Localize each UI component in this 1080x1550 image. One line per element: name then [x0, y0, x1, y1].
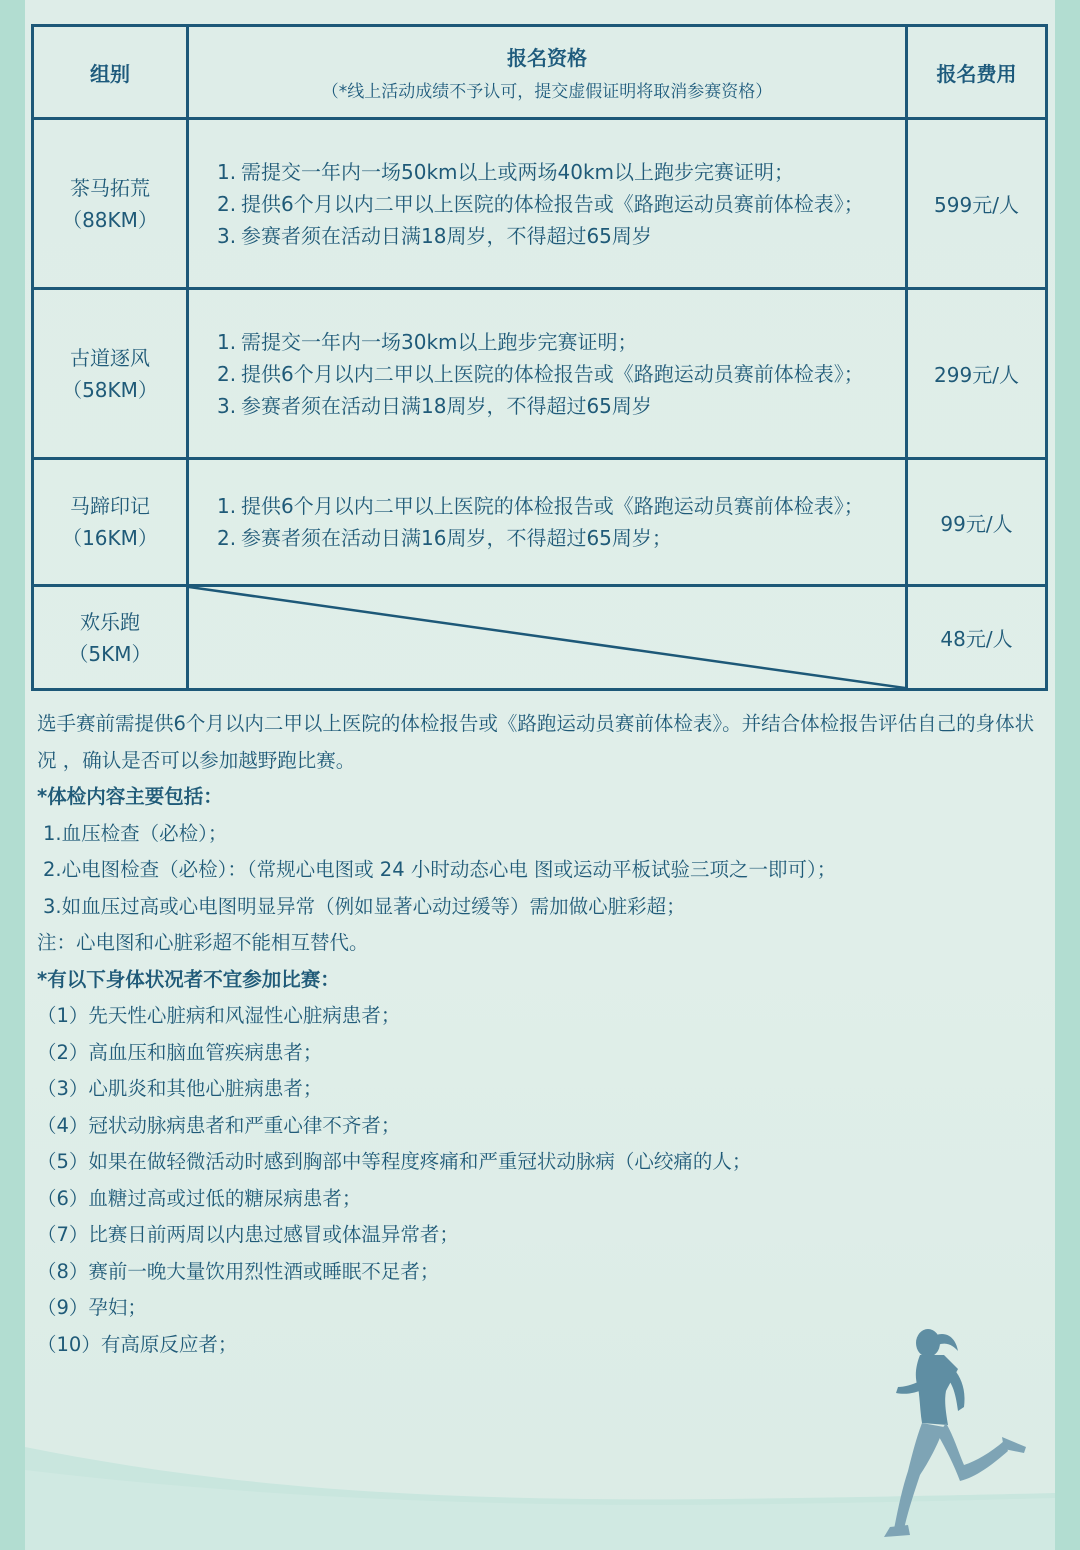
requirements-cell-empty [188, 586, 907, 690]
requirement-item: 3.参赛者须在活动日满18周岁，不得超过65周岁 [217, 390, 905, 422]
requirement-item: 2.提供6个月以内二甲以上医院的体检报告或《路跑运动员赛前体检表》； [217, 358, 905, 390]
group-distance: （58KM） [34, 374, 186, 406]
registration-table: 组别 报名资格 （*线上活动成绩不予认可，提交虚假证明将取消参赛资格） 报名费用… [31, 24, 1048, 691]
requirement-item: 2.提供6个月以内二甲以上医院的体检报告或《路跑运动员赛前体检表》； [217, 188, 905, 220]
group-distance: （5KM） [34, 638, 186, 670]
requirement-item: 1.需提交一年内一场30km以上跑步完赛证明； [217, 326, 905, 358]
table-row: 古道逐风 （58KM） 1.需提交一年内一场30km以上跑步完赛证明； 2.提供… [33, 289, 1047, 459]
group-cell: 马蹄印记 （16KM） [33, 459, 188, 586]
table-row: 马蹄印记 （16KM） 1.提供6个月以内二甲以上医院的体检报告或《路跑运动员赛… [33, 459, 1047, 586]
exam-item: 2.心电图检查（必检）：（常规心电图或 24 小时动态心电 图或运动平板试验三项… [37, 852, 1047, 889]
group-distance: （88KM） [34, 204, 186, 236]
exam-title: *体检内容主要包括： [37, 779, 1047, 816]
table-header-row: 组别 报名资格 （*线上活动成绩不予认可，提交虚假证明将取消参赛资格） 报名费用 [33, 26, 1047, 119]
header-fee: 报名费用 [907, 26, 1047, 119]
notes-intro: 选手赛前需提供6个月以内二甲以上医院的体检报告或《路跑运动员赛前体检表》。并结合… [37, 706, 1047, 779]
group-name: 茶马拓荒 [34, 172, 186, 204]
unfit-item: （6）血糖过高或过低的糖尿病患者； [37, 1181, 1047, 1218]
header-requirements-title: 报名资格 [507, 46, 587, 70]
requirements-cell: 1.提供6个月以内二甲以上医院的体检报告或《路跑运动员赛前体检表》； 2.参赛者… [188, 459, 907, 586]
exam-note: 注：心电图和心脏彩超不能相互替代。 [37, 925, 1047, 962]
requirement-item: 3.参赛者须在活动日满18周岁，不得超过65周岁 [217, 220, 905, 252]
runner-silhouette-icon [858, 1325, 1038, 1545]
group-distance: （16KM） [34, 522, 186, 554]
requirement-item: 2.参赛者须在活动日满16周岁，不得超过65周岁； [217, 522, 905, 554]
group-cell: 欢乐跑 （5KM） [33, 586, 188, 690]
unfit-item: （4）冠状动脉病患者和严重心律不齐者； [37, 1108, 1047, 1145]
exam-item: 3.如血压过高或心电图明显异常（例如显著心动过缓等）需加做心脏彩超； [37, 889, 1047, 926]
requirement-item: 1.提供6个月以内二甲以上医院的体检报告或《路跑运动员赛前体检表》； [217, 490, 905, 522]
unfit-item: （2）高血压和脑血管疾病患者； [37, 1035, 1047, 1072]
header-group: 组别 [33, 26, 188, 119]
group-cell: 古道逐风 （58KM） [33, 289, 188, 459]
diagonal-line-icon [189, 587, 905, 688]
unfit-item: （9）孕妇； [37, 1290, 1047, 1327]
notes-section: 选手赛前需提供6个月以内二甲以上医院的体检报告或《路跑运动员赛前体检表》。并结合… [37, 706, 1047, 1363]
table-row: 茶马拓荒 （88KM） 1.需提交一年内一场50km以上或两场40km以上跑步完… [33, 119, 1047, 289]
unfit-item: （8）赛前一晚大量饮用烈性酒或睡眠不足者； [37, 1254, 1047, 1291]
fee-cell: 48元/人 [907, 586, 1047, 690]
table-row: 欢乐跑 （5KM） 48元/人 [33, 586, 1047, 690]
requirements-cell: 1.需提交一年内一场30km以上跑步完赛证明； 2.提供6个月以内二甲以上医院的… [188, 289, 907, 459]
exam-item: 1.血压检查（必检）； [37, 816, 1047, 853]
header-requirements: 报名资格 （*线上活动成绩不予认可，提交虚假证明将取消参赛资格） [188, 26, 907, 119]
unfit-item: （7）比赛日前两周以内患过感冒或体温异常者； [37, 1217, 1047, 1254]
header-requirements-note: （*线上活动成绩不予认可，提交虚假证明将取消参赛资格） [189, 77, 905, 102]
fee-cell: 299元/人 [907, 289, 1047, 459]
unfit-item: （3）心肌炎和其他心脏病患者； [37, 1071, 1047, 1108]
unfit-title: *有以下身体状况者不宜参加比赛： [37, 962, 1047, 999]
unfit-item: （1）先天性心脏病和风湿性心脏病患者； [37, 998, 1047, 1035]
group-name: 古道逐风 [34, 342, 186, 374]
requirement-item: 1.需提交一年内一场50km以上或两场40km以上跑步完赛证明； [217, 156, 905, 188]
unfit-item: （5）如果在做轻微活动时感到胸部中等程度疼痛和严重冠状动脉病（心绞痛的人； [37, 1144, 1047, 1181]
group-name: 马蹄印记 [34, 490, 186, 522]
requirements-cell: 1.需提交一年内一场50km以上或两场40km以上跑步完赛证明； 2.提供6个月… [188, 119, 907, 289]
fee-cell: 99元/人 [907, 459, 1047, 586]
group-name: 欢乐跑 [34, 606, 186, 638]
fee-cell: 599元/人 [907, 119, 1047, 289]
group-cell: 茶马拓荒 （88KM） [33, 119, 188, 289]
